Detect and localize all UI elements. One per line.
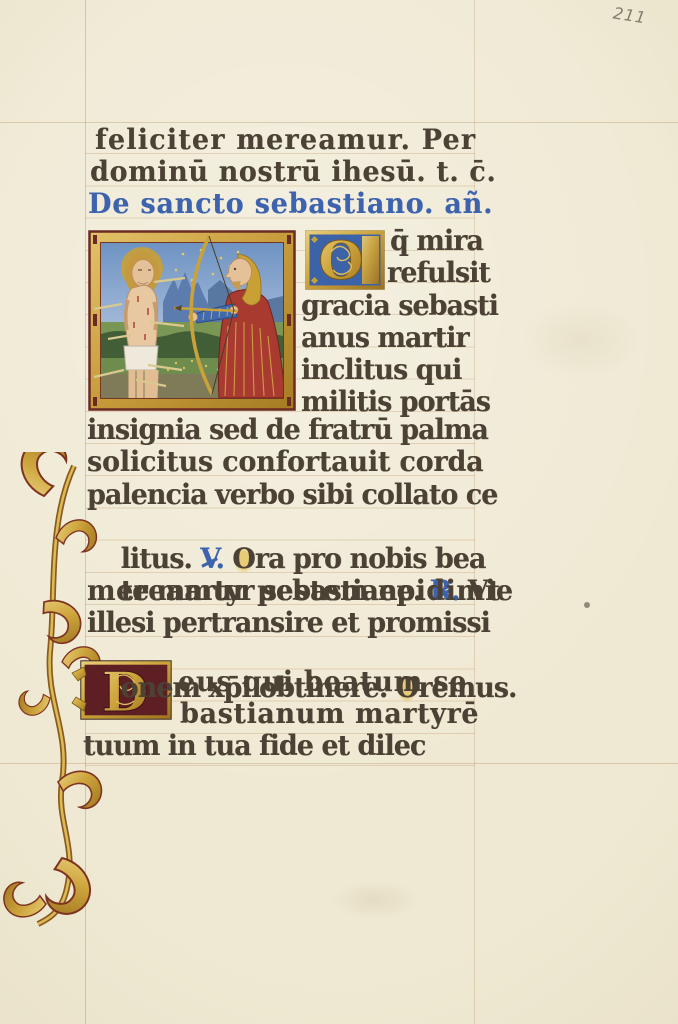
text-segment: q̄ mira [390, 225, 483, 257]
text-segment: eus qui beatum se [178, 666, 467, 698]
text-segment: feliciter mereamur. Per [95, 124, 476, 156]
text-segment: tuum in tua fide et dilec [83, 730, 425, 762]
text-line: mereamur pestem epidimie [87, 575, 513, 609]
text-segment: illesi pertransire et promissi [87, 607, 490, 639]
text-line: illesi pertransire et promissi [87, 607, 490, 641]
text-segment: gracia sebasti [301, 290, 498, 322]
text-segment: solicitus confortauit corda [87, 446, 483, 478]
text-line: anus martir [301, 322, 469, 356]
rubric-segment: De sancto sebastiano. añ. [88, 188, 493, 220]
folio-number: 211 [612, 3, 648, 27]
text-line: solicitus confortauit corda [87, 446, 483, 480]
manuscript-page: 211 [0, 0, 678, 1024]
text-segment: refulsit [387, 257, 490, 289]
text-line: q̄ mira [390, 225, 483, 259]
text-segment: anus martir [301, 322, 469, 354]
text-segment: mereamur pestem epidimie [87, 575, 513, 607]
initial-o-gold-panel [362, 236, 379, 284]
text-segment: bastianum martyrē [180, 698, 479, 730]
text-segment: inclitus qui [301, 354, 461, 386]
text-line: eus qui beatum se [178, 666, 467, 700]
text-line: palencia verbo sibi collato ce [87, 479, 497, 513]
parchment-stain [520, 300, 640, 380]
rubric-line: De sancto sebastiano. añ. [88, 188, 493, 222]
text-segment: palencia verbo sibi collato ce [87, 479, 497, 511]
text-line: tuum in tua fide et dilec [83, 730, 425, 764]
text-segment: insignia sed de fratrū palma [87, 414, 488, 446]
torso [125, 285, 157, 350]
text-line: feliciter mereamur. Per [95, 124, 476, 158]
text-line: refulsit [387, 257, 490, 291]
text-line: insignia sed de fratrū palma [87, 414, 488, 448]
archer-eye [234, 268, 236, 270]
miniature-saint-sebastian [88, 230, 296, 411]
text-line: inclitus qui [301, 354, 461, 388]
ink-speck [584, 602, 590, 608]
text-line: litus. V. Ora pro nobis bea [87, 511, 485, 545]
text-line: gracia sebasti [301, 290, 498, 324]
text-line: bastianum martyrē [180, 698, 479, 732]
text-line: dominū nostrū ihesū. t. c̄. [90, 156, 496, 190]
head [132, 260, 154, 287]
illuminated-initial-O: O [305, 230, 385, 290]
text-line: te martyr sebastiane. R. Vt [87, 543, 499, 577]
text-segment: dominū nostrū ihesū. t. c̄. [90, 156, 496, 188]
parchment-stain [330, 880, 420, 920]
